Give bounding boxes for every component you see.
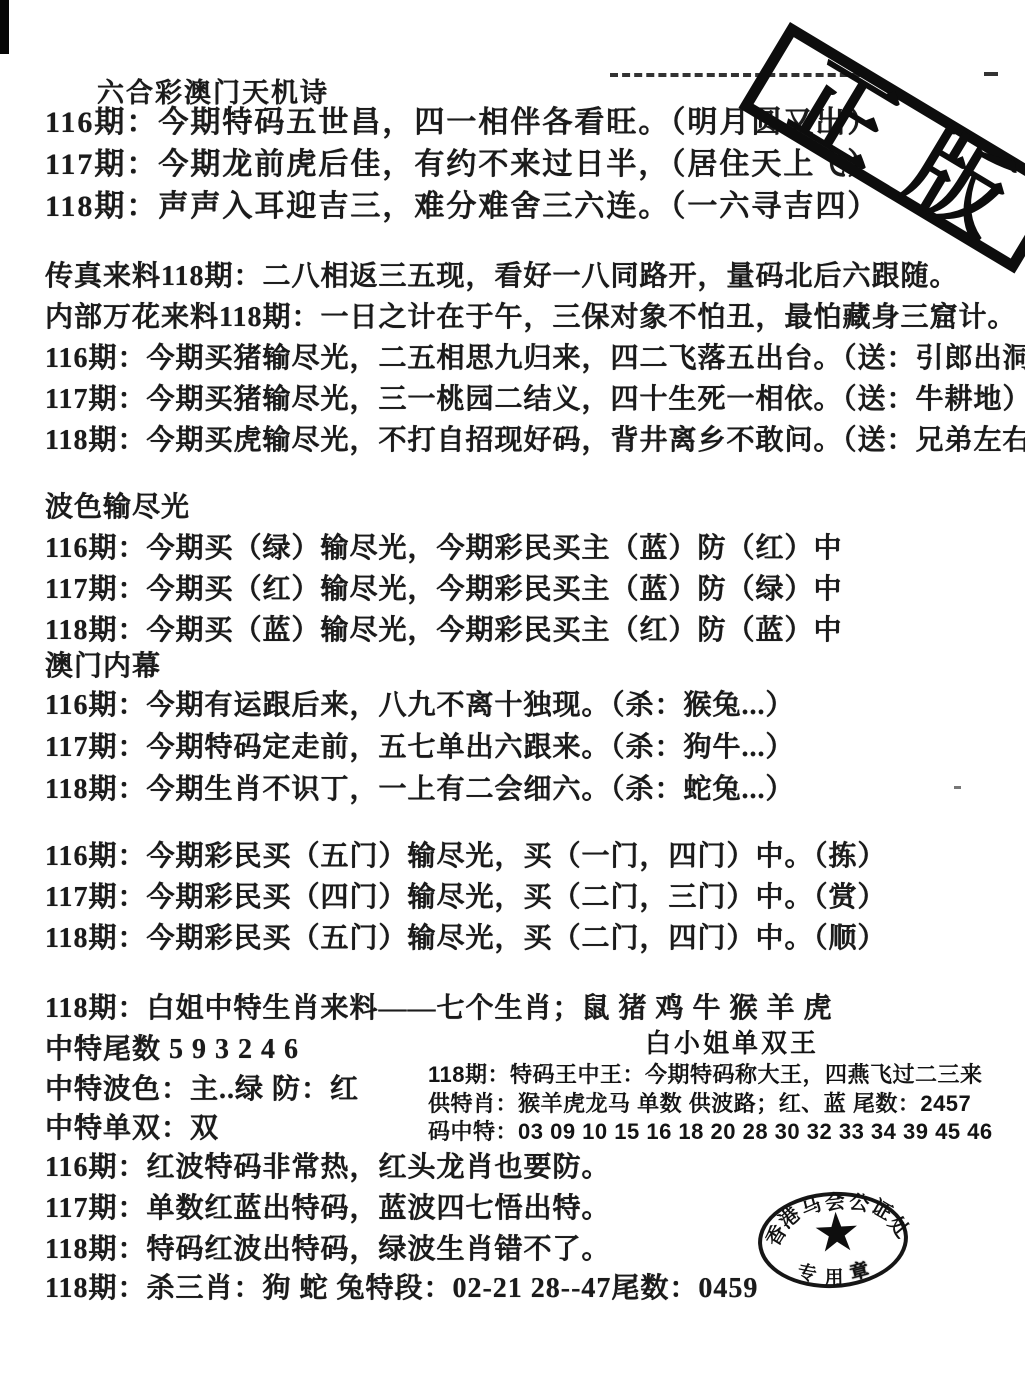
- fax-line: 内部万花来料118期：一日之计在于午，三保对象不怕丑，最怕藏身三窟计。: [45, 302, 1016, 333]
- stamp-text: 正版: [782, 57, 1025, 264]
- erased-text-dot: [984, 72, 998, 76]
- star-icon: ★: [807, 1202, 866, 1263]
- macau-line: 116期：今期有运跟后来，八九不离十独现。（杀：猴兔...）: [45, 690, 794, 721]
- doors-line: 116期：今期彩民买（五门）输尽光，买（一门，四门）中。（拣）: [45, 841, 886, 872]
- fax-line: 117期：今期买猪输尽光，三一桃园二结义，四十生死一相依。（送：牛耕地）: [45, 384, 1025, 415]
- seal-char: 章: [846, 1259, 873, 1286]
- scanned-lottery-sheet: { "stamp": { "text": "正版" }, "sections":…: [0, 0, 1025, 1388]
- odd-even-line: 中特单双：双: [45, 1113, 219, 1144]
- fax-line: 116期：今期买猪输尽光，二五相思九归来，四二飞落五出台。（送：引郎出洞）: [45, 343, 1025, 374]
- bottom-line: 117期：单数红蓝出特码，蓝波四七悟出特。: [45, 1193, 610, 1224]
- macau-line: 118期：今期生肖不识丁，一上有二会细六。（杀：蛇兔...）: [45, 774, 794, 805]
- right-panel-heading: 白小姐单双王: [645, 1028, 819, 1059]
- right-panel-line: 码中特：03 09 10 15 16 18 20 28 30 32 33 34 …: [428, 1119, 993, 1145]
- wave-color-line: 118期：今期买（蓝）输尽光，今期彩民买主（红）防（蓝）中: [45, 615, 842, 646]
- section-header-macau-inside: 澳门内幕: [45, 651, 161, 682]
- doors-line: 118期：今期彩民买（五门）输尽光，买（二门，四门）中。（顺）: [45, 923, 886, 954]
- poem-line: 117期：今期龙前虎后佳，有约不来过日半，（居住天上飞）: [45, 148, 879, 182]
- scan-edge-mark: [0, 0, 9, 54]
- bottom-line: 118期：特码红波出特码，绿波生肖错不了。: [45, 1234, 610, 1265]
- section-header-wave-color: 波色输尽光: [45, 492, 190, 523]
- right-panel-line: 供特肖：猴羊虎龙马 单数 供波路；红、蓝 尾数：2457: [428, 1091, 971, 1117]
- seal-char: 专: [794, 1262, 820, 1288]
- poem-line: 118期：声声入耳迎吉三，难分难舍三六连。（一六寻吉四）: [45, 190, 879, 224]
- bottom-line: 118期：杀三肖：狗 蛇 兔特段：02-21 28--47尾数：0459: [45, 1273, 758, 1304]
- doors-line: 117期：今期彩民买（四门）输尽光，买（二门，三门）中。（赏）: [45, 882, 886, 913]
- scan-noise-dot: [954, 786, 961, 789]
- notary-seal: 香 港 马 会 公 证 处 ★ 专 用 章: [756, 1188, 911, 1292]
- macau-line: 117期：今期特码定走前，五七单出六跟来。（杀：狗牛...）: [45, 732, 794, 763]
- fax-line: 118期：今期买虎输尽光，不打自招现好码，背井离乡不敢问。（送：兄弟左右来）: [45, 425, 1025, 456]
- fax-line: 传真来料118期：二八相返三五现，看好一八同路开，量码北后六跟随。: [45, 261, 958, 292]
- bottom-line: 116期：红波特码非常热，红头龙肖也要防。: [45, 1152, 610, 1183]
- page-title: 六合彩澳门天机诗: [97, 78, 329, 108]
- wave-pick-line: 中特波色：主..绿 防：红: [45, 1074, 359, 1105]
- right-panel-line: 118期：特码王中王：今期特码称大王，四燕飞过二三来: [428, 1062, 983, 1088]
- wave-color-line: 116期：今期买（绿）输尽光，今期彩民买主（蓝）防（红）中: [45, 533, 842, 564]
- wave-color-line: 117期：今期买（红）输尽光，今期彩民买主（蓝）防（绿）中: [45, 574, 842, 605]
- tail-numbers-line: 中特尾数 5 9 3 2 4 6: [45, 1034, 299, 1065]
- seal-char: 用: [823, 1268, 845, 1290]
- zodiac-line: 118期：白姐中特生肖来料——七个生肖；鼠 猪 鸡 牛 猴 羊 虎: [45, 993, 832, 1024]
